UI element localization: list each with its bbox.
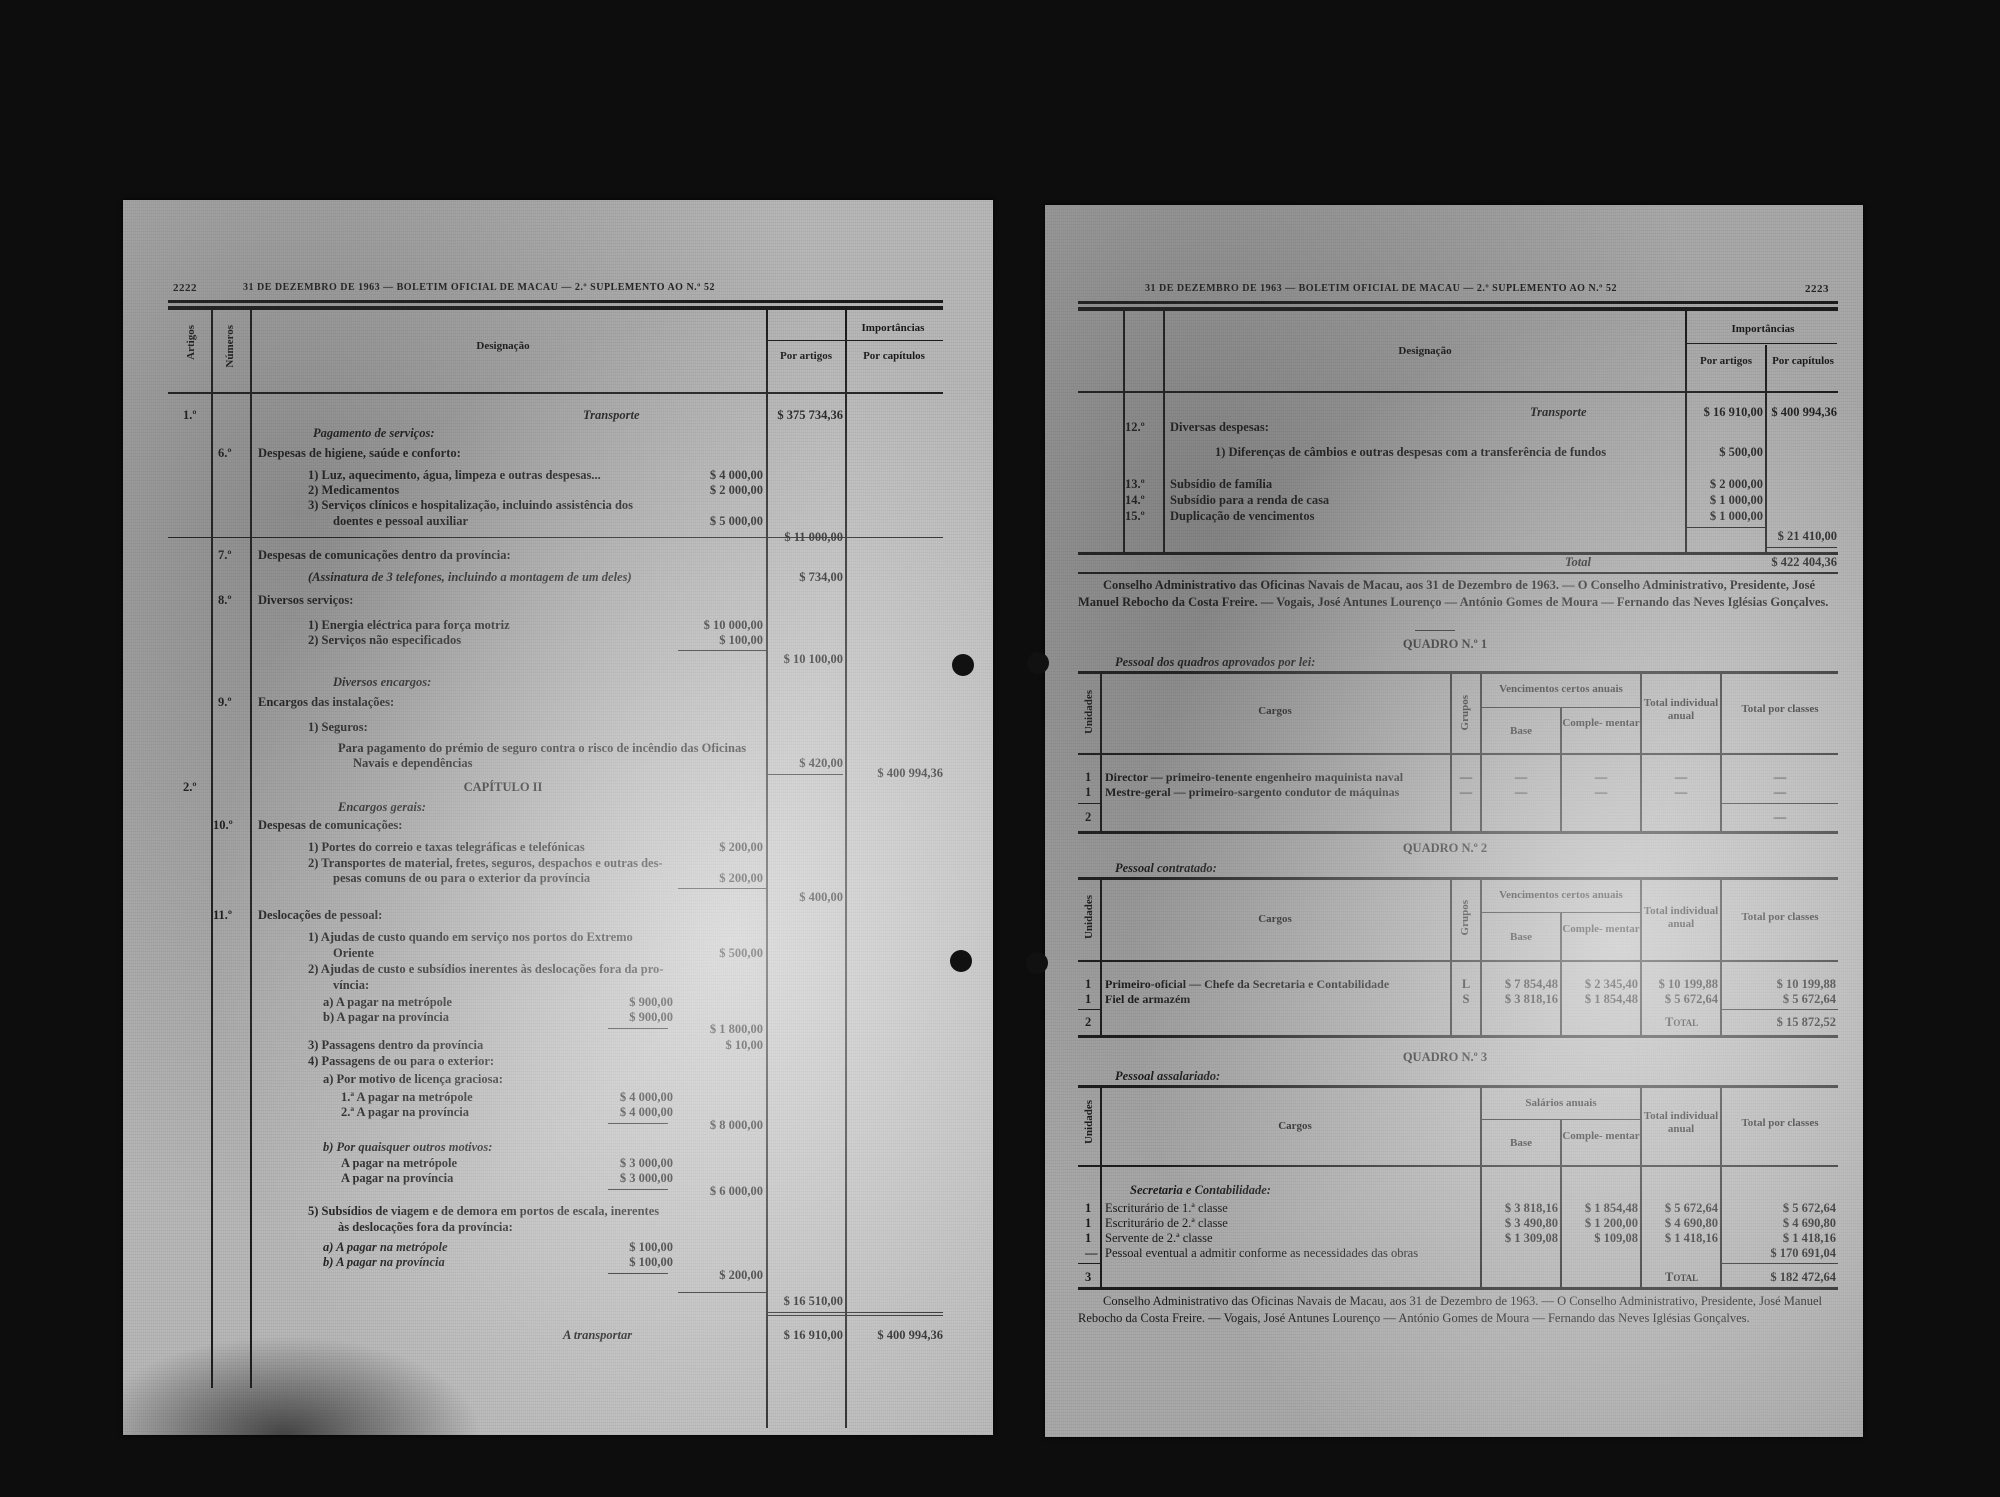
q1-row-grupo: —: [1452, 770, 1480, 785]
q3-row-comp: $ 1 200,00: [1562, 1216, 1638, 1231]
col-total-classes: Total por classes: [1722, 1117, 1838, 1130]
q3-row-total-cl: $ 4 690,80: [1722, 1216, 1836, 1231]
left-page: 2222 31 DE DEZEMBRO DE 1963 — BOLETIM OF…: [123, 200, 993, 1435]
item-text-cont: pesas comuns de ou para o exterior da pr…: [333, 871, 590, 886]
artigo-title: Subsídio de família: [1170, 477, 1272, 492]
col-total-individual: Total individual anual: [1642, 905, 1720, 931]
sub-value: $ 100,00: [593, 1255, 673, 1270]
item-text: 1.ª A pagar na metrópole: [341, 1090, 473, 1105]
item-value: $ 6 000,00: [673, 1184, 763, 1199]
transporte-label: Transporte: [583, 408, 640, 423]
artigo-number: 8.º: [218, 593, 232, 608]
sub-value: $ 900,00: [593, 1010, 673, 1025]
sub-value: $ 900,00: [593, 995, 673, 1010]
artigo-title: Despesas de comunicações dentro da proví…: [258, 548, 511, 563]
q3-row-unidades: 1: [1085, 1201, 1091, 1216]
item-value: $ 200,00: [673, 871, 763, 886]
binding-hole: [1026, 952, 1048, 974]
q2-row-unidades: 1: [1085, 992, 1091, 1007]
col-cargos: Cargos: [1215, 1120, 1375, 1133]
q2-row-total-cl: $ 10 199,88: [1722, 977, 1836, 992]
right-page: 31 DE DEZEMBRO DE 1963 — BOLETIM OFICIAL…: [1045, 205, 1863, 1437]
q3-row-comp: $ 1 854,48: [1562, 1201, 1638, 1216]
q2-row-base: $ 3 818,16: [1482, 992, 1558, 1007]
artigo-number: 10.º: [213, 818, 233, 833]
q3-row-cargo: Servente de 2.ª classe: [1105, 1231, 1213, 1246]
col-base: Base: [1482, 1137, 1560, 1150]
item-value: $ 8 000,00: [673, 1118, 763, 1133]
col-por-capitulos-header: Por capítulos: [849, 350, 939, 363]
item-text: a) A pagar na metrópole: [323, 1240, 448, 1255]
artigo-title: Deslocações de pessoal:: [258, 908, 382, 923]
chapter-number: 1.º: [183, 408, 197, 423]
artigo-subtotal: $ 400,00: [768, 890, 843, 905]
q2-row-cargo: Fiel de armazém: [1105, 992, 1190, 1007]
q3-row-base: $ 1 309,08: [1482, 1231, 1558, 1246]
col-unidades: Unidades: [1083, 1100, 1095, 1144]
q2-row-grupo: S: [1452, 992, 1480, 1007]
q1-total-value: —: [1722, 810, 1838, 825]
q3-row-cargo: Escriturário de 2.ª classe: [1105, 1216, 1228, 1231]
item-text-cont: víncia:: [333, 978, 369, 993]
col-cargos: Cargos: [1195, 705, 1355, 718]
item-text: 4) Passagens de ou para o exterior:: [308, 1054, 494, 1069]
q2-row-unidades: 1: [1085, 977, 1091, 992]
header-bottom-rule: [168, 392, 943, 394]
q3-row-unidades: 1: [1085, 1231, 1091, 1246]
chapter-title: CAPÍTULO II: [423, 780, 583, 795]
artigo-value: $ 500,00: [1687, 445, 1763, 460]
q1-row-comp: —: [1562, 770, 1640, 785]
artigo-title: Diversas despesas:: [1170, 420, 1269, 435]
artigo-title: Duplicação de vencimentos: [1170, 509, 1314, 524]
col-cargos: Cargos: [1195, 913, 1355, 926]
artigo-value: $ 420,00: [768, 756, 843, 771]
quadro-3-title: QUADRO N.º 3: [1345, 1050, 1545, 1065]
column-divider: [845, 308, 847, 1428]
item-value: $ 200,00: [673, 840, 763, 855]
q3-row-unidades: 1: [1085, 1216, 1091, 1231]
item-value: $ 200,00: [673, 1268, 763, 1283]
signature-block: Conselho Administrativo das Oficinas Nav…: [1078, 1293, 1838, 1327]
item-value: $ 500,00: [673, 946, 763, 961]
q1-row-total-ind: —: [1642, 770, 1720, 785]
col-unidades: Unidades: [1083, 690, 1095, 734]
q3-row-total-cl: $ 170 691,04: [1722, 1246, 1836, 1261]
q1-row-comp: —: [1562, 785, 1640, 800]
col-grupos: Grupos: [1459, 900, 1471, 935]
q1-row-total-cl: —: [1722, 770, 1838, 785]
artigo-title: Encargos das instalações:: [258, 695, 394, 710]
item-text: 3) Passagens dentro da província: [308, 1038, 483, 1053]
q3-row-cargo: Pessoal eventual a admitir conforme as n…: [1105, 1246, 1418, 1261]
q1-row-total-ind: —: [1642, 785, 1720, 800]
col-complementar: Comple- mentar: [1562, 717, 1640, 730]
item-value: $ 10 000,00: [673, 618, 763, 633]
section-label: Encargos gerais:: [338, 800, 426, 815]
item-text: 1) Luz, aquecimento, água, limpeza e out…: [308, 468, 601, 483]
a-transportar-artigos: $ 16 910,00: [768, 1328, 843, 1343]
q3-row-total-cl: $ 5 672,64: [1722, 1201, 1836, 1216]
artigo-subtotal: $ 10 100,00: [768, 652, 843, 667]
page-number: 2223: [1805, 283, 1829, 295]
binding-hole: [950, 950, 972, 972]
artigo-number: 11.º: [213, 908, 232, 923]
q3-row-comp: $ 109,08: [1562, 1231, 1638, 1246]
col-importancias-header: Importâncias: [843, 322, 943, 335]
item-text: b) A pagar na província: [323, 1255, 445, 1270]
item-text: 2.ª A pagar na província: [341, 1105, 469, 1120]
transporte-capitulos: $ 400 994,36: [1767, 405, 1837, 420]
transporte-artigos: $ 16 910,00: [1687, 405, 1763, 420]
quadro-2-title: QUADRO N.º 2: [1345, 841, 1545, 856]
q3-row-unidades: —: [1085, 1246, 1098, 1261]
col-por-artigos-header: Por artigos: [771, 350, 841, 363]
q1-row-unidades: 1: [1085, 785, 1091, 800]
item-text-cont: Oriente: [333, 946, 374, 961]
q1-row-base: —: [1482, 770, 1560, 785]
col-por-artigos-header: Por artigos: [1689, 355, 1763, 368]
item-text: 1) Energia eléctrica para força motriz: [308, 618, 510, 633]
col-importancias-header: Importâncias: [1693, 323, 1833, 336]
q3-row-total-ind: $ 4 690,80: [1642, 1216, 1718, 1231]
col-complementar: Comple- mentar: [1562, 923, 1640, 936]
q3-section: Secretaria e Contabilidade:: [1130, 1183, 1271, 1198]
a-transportar-label: A transportar: [563, 1328, 632, 1343]
header-rule-thick: [168, 306, 943, 310]
section-label: Pagamento de serviços:: [313, 426, 435, 441]
q2-row-total-ind: $ 10 199,88: [1642, 977, 1718, 992]
artigo-number: 14.º: [1125, 493, 1145, 508]
q3-row-total-ind: $ 5 672,64: [1642, 1201, 1718, 1216]
col-vencimentos: Vencimentos certos anuais: [1482, 683, 1640, 696]
q1-row-total-cl: —: [1722, 785, 1838, 800]
col-unidades: Unidades: [1083, 895, 1095, 939]
item-value: $ 100,00: [673, 633, 763, 648]
column-divider: [211, 308, 213, 1388]
item-text: 1) Ajudas de custo quando em serviço nos…: [308, 930, 633, 945]
page-number: 2222: [173, 282, 197, 294]
col-total-individual: Total individual anual: [1642, 697, 1720, 723]
item-text: A pagar na província: [341, 1171, 453, 1186]
item-text: 2) Medicamentos: [308, 483, 399, 498]
quadro-1-subtitle: Pessoal dos quadros aprovados por lei:: [1115, 655, 1315, 670]
sub-value: $ 4 000,00: [593, 1105, 673, 1120]
header-subrule: [768, 340, 943, 341]
q2-row-comp: $ 2 345,40: [1562, 977, 1638, 992]
item-value: $ 4 000,00: [673, 468, 763, 483]
transporte-label: Transporte: [1530, 405, 1587, 420]
quadro-2-subtitle: Pessoal contratado:: [1115, 861, 1217, 876]
artigo-subtotal: $ 16 510,00: [768, 1294, 843, 1309]
artigo-value: $ 1 000,00: [1687, 493, 1763, 508]
q1-row-cargo: Director — primeiro-tenente engenheiro m…: [1105, 770, 1403, 785]
capitulo-total: $ 400 994,36: [847, 766, 943, 781]
column-divider: [766, 308, 768, 1428]
q3-row-total-ind: $ 1 418,16: [1642, 1231, 1718, 1246]
artigo-number: 7.º: [218, 548, 232, 563]
grand-total: $ 422 404,36: [1767, 555, 1837, 570]
artigo-number: 9.º: [218, 695, 232, 710]
q2-row-base: $ 7 854,48: [1482, 977, 1558, 992]
header-rule: [168, 300, 943, 303]
col-salarios: Salários anuais: [1482, 1097, 1640, 1110]
item-value: $ 5 000,00: [673, 514, 763, 529]
sub-value: $ 4 000,00: [593, 1090, 673, 1105]
q3-total-value: $ 182 472,64: [1722, 1270, 1836, 1285]
binding-hole: [1027, 652, 1049, 674]
artigo-number: 13.º: [1125, 477, 1145, 492]
item-text: a) A pagar na metrópole: [323, 995, 452, 1010]
artigo-title: Despesas de comunicações:: [258, 818, 402, 833]
col-numeros-header: Números: [224, 325, 236, 368]
item-text: Para pagamento do prémio de seguro contr…: [338, 741, 746, 756]
col-artigos-header: Artigos: [185, 325, 197, 360]
quadro-1-title: QUADRO N.º 1: [1345, 637, 1545, 652]
artigo-subtotal: $ 11 000,00: [768, 530, 843, 545]
q2-total-label: Total: [1665, 1015, 1698, 1030]
item-text: 3) Serviços clínicos e hospitalização, i…: [308, 498, 633, 513]
sub-value: $ 3 000,00: [593, 1156, 673, 1171]
item-text: 2) Transportes de material, fretes, segu…: [308, 856, 663, 871]
column-divider: [250, 308, 252, 1388]
artigo-title: Despesas de higiene, saúde e conforto:: [258, 446, 461, 461]
item-text: 1) Diferenças de câmbios e outras despes…: [1215, 445, 1606, 460]
col-designacao-header: Designação: [423, 340, 583, 353]
item-text: A pagar na metrópole: [341, 1156, 457, 1171]
col-total-individual: Total individual anual: [1642, 1110, 1720, 1136]
artigo-number: 15.º: [1125, 509, 1145, 524]
q3-row-base: $ 3 818,16: [1482, 1201, 1558, 1216]
q1-row-unidades: 1: [1085, 770, 1091, 785]
item-text-cont: Navais e dependências: [353, 756, 472, 771]
item-value: $ 1 800,00: [673, 1022, 763, 1037]
item-value: $ 2 000,00: [673, 483, 763, 498]
col-por-capitulos-header: Por capítulos: [1769, 355, 1837, 368]
col-grupos: Grupos: [1459, 695, 1471, 730]
col-complementar: Comple- mentar: [1562, 1130, 1640, 1143]
capitulo-total: $ 21 410,00: [1767, 529, 1837, 544]
item-text: 5) Subsídios de viagem e de demora em po…: [308, 1204, 659, 1219]
q2-total-unidades: 2: [1085, 1015, 1091, 1030]
q2-row-total-ind: $ 5 672,64: [1642, 992, 1718, 1007]
artigo-title: Subsídio para a renda de casa: [1170, 493, 1329, 508]
item-text: 2) Ajudas de custo e subsídios inerentes…: [308, 962, 663, 977]
signature-block: Conselho Administrativo das Oficinas Nav…: [1078, 577, 1838, 611]
artigo-number: 6.º: [218, 446, 232, 461]
q3-row-cargo: Escriturário de 1.ª classe: [1105, 1201, 1228, 1216]
quadro-3-subtitle: Pessoal assalariado:: [1115, 1069, 1220, 1084]
col-designacao-header: Designação: [1345, 345, 1505, 358]
artigo-value: $ 2 000,00: [1687, 477, 1763, 492]
item-text: a) Por motivo de licença graciosa:: [323, 1072, 503, 1087]
a-transportar-capitulos: $ 400 994,36: [847, 1328, 943, 1343]
binding-hole: [952, 654, 974, 676]
q3-row-base: $ 3 490,80: [1482, 1216, 1558, 1231]
q1-row-cargo: Mestre-geral — primeiro-sargento conduto…: [1105, 785, 1399, 800]
q2-row-grupo: L: [1452, 977, 1480, 992]
q2-row-cargo: Primeiro-oficial — Chefe da Secretaria e…: [1105, 977, 1389, 992]
col-total-classes: Total por classes: [1722, 911, 1838, 924]
q1-row-grupo: —: [1452, 785, 1480, 800]
sub-value: $ 100,00: [593, 1240, 673, 1255]
q2-row-total-cl: $ 5 672,64: [1722, 992, 1836, 1007]
chapter-number: 2.º: [183, 780, 197, 795]
item-text-cont: doentes e pessoal auxiliar: [333, 514, 468, 529]
section-label: Diversos encargos:: [333, 675, 431, 690]
artigo-number: 12.º: [1125, 420, 1145, 435]
q3-row-total-cl: $ 1 418,16: [1722, 1231, 1836, 1246]
q3-total-label: Total: [1665, 1270, 1698, 1285]
transporte-artigos: $ 375 734,36: [768, 408, 843, 423]
q2-row-comp: $ 1 854,48: [1562, 992, 1638, 1007]
q1-row-base: —: [1482, 785, 1560, 800]
col-total-classes: Total por classes: [1722, 703, 1838, 716]
col-vencimentos: Vencimentos certos anuais: [1482, 889, 1640, 902]
total-label: Total: [1565, 555, 1591, 570]
item-text: b) A pagar na província: [323, 1010, 449, 1025]
sub-value: $ 3 000,00: [593, 1171, 673, 1186]
artigo-title: Diversos serviços:: [258, 593, 353, 608]
running-head: 31 DE DEZEMBRO DE 1963 — BOLETIM OFICIAL…: [243, 282, 715, 293]
artigo-value: $ 1 000,00: [1687, 509, 1763, 524]
item-value: $ 10,00: [673, 1038, 763, 1053]
item-text: b) Por quaisquer outros motivos:: [323, 1140, 492, 1155]
q1-total-unidades: 2: [1085, 810, 1091, 825]
artigo-value: $ 734,00: [768, 570, 843, 585]
col-base: Base: [1482, 931, 1560, 944]
running-head: 31 DE DEZEMBRO DE 1963 — BOLETIM OFICIAL…: [1145, 283, 1617, 294]
col-base: Base: [1482, 725, 1560, 738]
item-text: (Assinatura de 3 telefones, incluindo a …: [308, 570, 632, 585]
q2-total-value: $ 15 872,52: [1722, 1015, 1836, 1030]
item-text: 1) Seguros:: [308, 720, 368, 735]
item-text-cont: às deslocações fora da província:: [338, 1220, 513, 1235]
q3-total-unidades: 3: [1085, 1270, 1091, 1285]
item-text: 1) Portes do correio e taxas telegráfica…: [308, 840, 585, 855]
item-text: 2) Serviços não especificados: [308, 633, 461, 648]
